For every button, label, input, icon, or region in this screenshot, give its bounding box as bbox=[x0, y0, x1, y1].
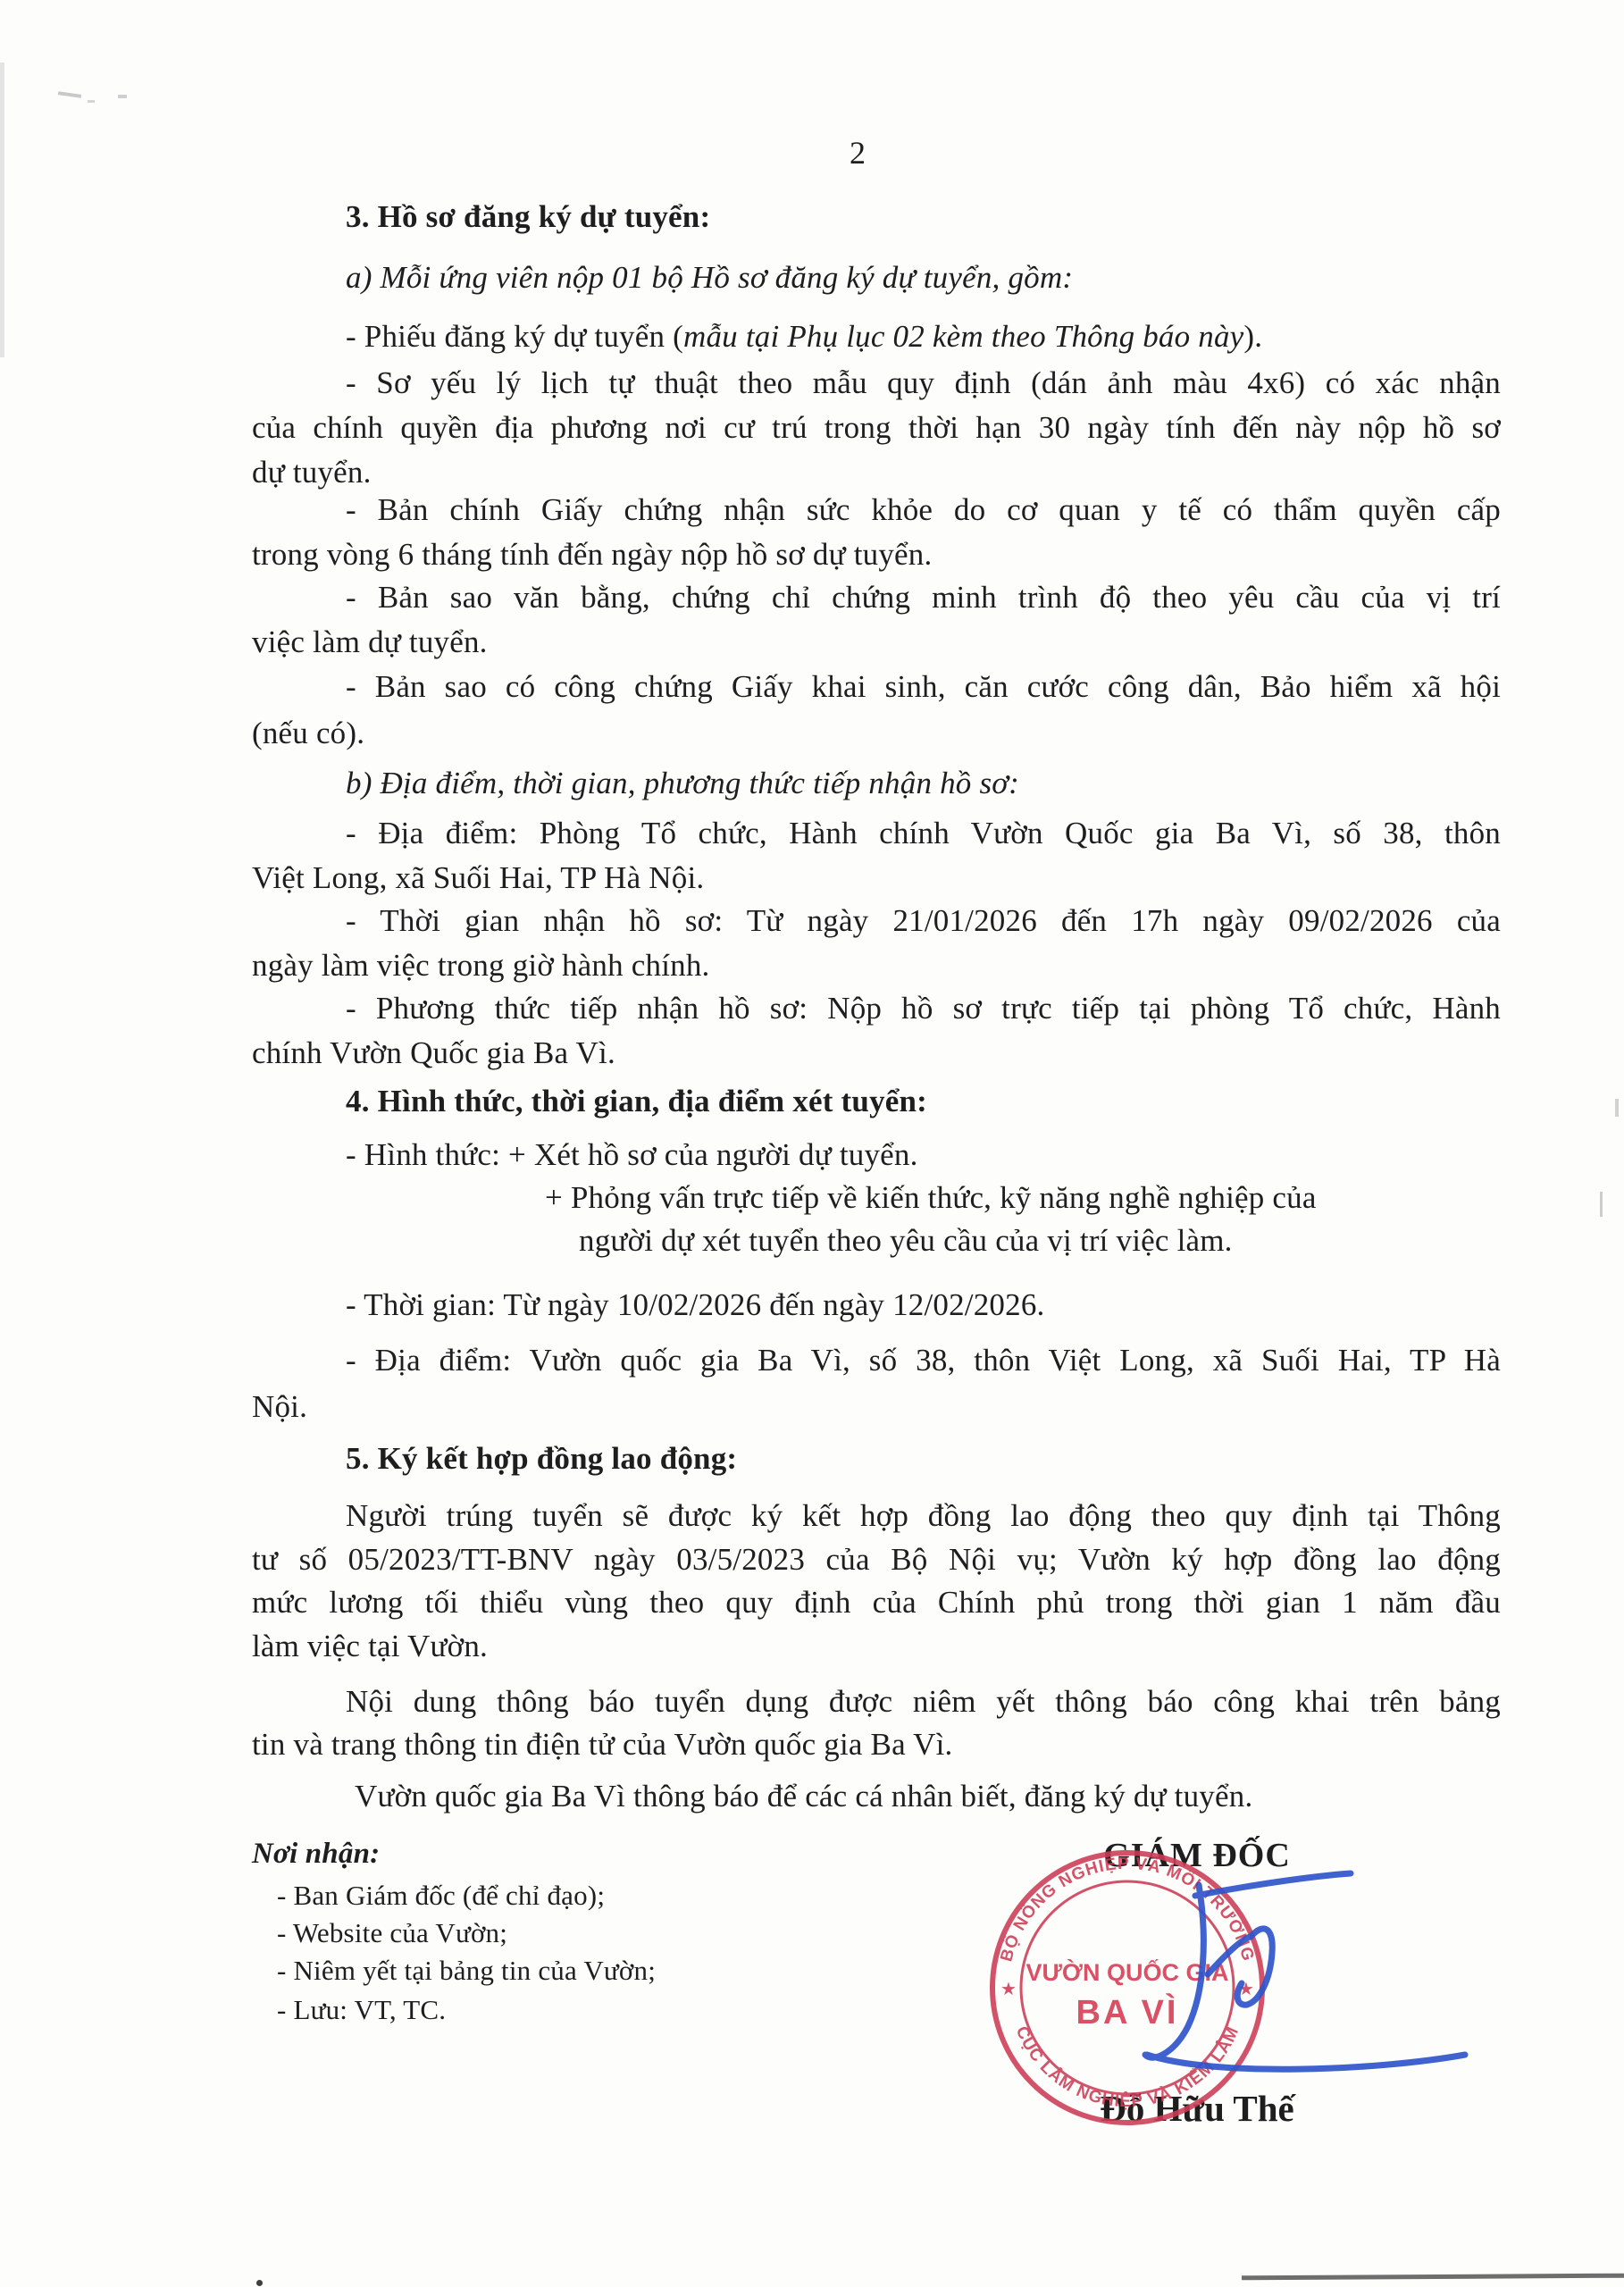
scan-bottom-line bbox=[1242, 2274, 1624, 2281]
scan-speck bbox=[58, 91, 81, 98]
doc-text-segment: - Ban Giám đốc (để chỉ đạo); bbox=[277, 1880, 605, 1911]
doc-line: - Sơ yếu lý lịch tự thuật theo mẫu quy đ… bbox=[346, 364, 1501, 401]
doc-text-segment: chính Vườn Quốc gia Ba Vì. bbox=[252, 1035, 615, 1070]
doc-line: Nơi nhận: bbox=[252, 1837, 380, 1872]
signature-main-stroke bbox=[1145, 1885, 1203, 2057]
doc-text-segment: Nội dung thông báo tuyển dụng được niêm … bbox=[346, 1684, 1501, 1719]
doc-line: - Website của Vườn; bbox=[277, 1917, 507, 1950]
doc-line: - Bản sao văn bằng, chứng chỉ chứng minh… bbox=[346, 579, 1501, 616]
doc-line: Nội. bbox=[252, 1388, 307, 1425]
doc-line: a) Mỗi ứng viên nộp 01 bộ Hồ sơ đăng ký … bbox=[346, 259, 1073, 296]
doc-line: - Lưu: VT, TC. bbox=[277, 1994, 446, 2027]
doc-line: b) Địa điểm, thời gian, phương thức tiếp… bbox=[346, 765, 1019, 801]
doc-text-segment: tin và trang thông tin điện tử của Vườn … bbox=[252, 1727, 953, 1762]
doc-line: 4. Hình thức, thời gian, địa điểm xét tu… bbox=[346, 1083, 927, 1119]
doc-text-segment: mẫu tại Phụ lục 02 kèm theo Thông báo nà… bbox=[683, 319, 1243, 354]
doc-line: - Hình thức: + Xét hồ sơ của người dự tu… bbox=[346, 1136, 918, 1173]
doc-line: tin và trang thông tin điện tử của Vườn … bbox=[252, 1726, 953, 1763]
handwritten-signature bbox=[983, 1831, 1519, 2117]
doc-text-segment: - Thời gian: Từ ngày 10/02/2026 đến ngày… bbox=[346, 1287, 1045, 1322]
doc-line: dự tuyển. bbox=[252, 454, 372, 490]
doc-text-segment: Nội. bbox=[252, 1389, 307, 1424]
doc-text-segment: - Bản sao văn bằng, chứng chỉ chứng minh… bbox=[346, 580, 1501, 615]
doc-line: - Phiếu đăng ký dự tuyển (mẫu tại Phụ lụ… bbox=[346, 318, 1262, 355]
doc-line: người dự xét tuyển theo yêu cầu của vị t… bbox=[579, 1222, 1233, 1259]
doc-text-segment: - Thời gian nhận hồ sơ: Từ ngày 21/01/20… bbox=[346, 903, 1501, 938]
doc-text-segment: + Phỏng vấn trực tiếp về kiến thức, kỹ n… bbox=[545, 1180, 1317, 1215]
scan-speck bbox=[88, 100, 95, 103]
doc-text-segment: - Phương thức tiếp nhận hồ sơ: Nộp hồ sơ… bbox=[346, 991, 1501, 1026]
doc-text-segment: ). bbox=[1243, 319, 1262, 354]
doc-line: - Thời gian: Từ ngày 10/02/2026 đến ngày… bbox=[346, 1286, 1045, 1323]
page-number: 2 bbox=[804, 134, 911, 172]
doc-line: việc làm dự tuyển. bbox=[252, 624, 488, 660]
doc-text-segment: - Bản sao có công chứng Giấy khai sinh, … bbox=[346, 669, 1501, 704]
doc-line: - Địa điểm: Vườn quốc gia Ba Vì, số 38, … bbox=[346, 1342, 1501, 1378]
doc-text-segment: Việt Long, xã Suối Hai, TP Hà Nội. bbox=[252, 860, 704, 895]
doc-line: Vườn quốc gia Ba Vì thông báo để các cá … bbox=[355, 1778, 1252, 1814]
doc-text-segment: - Niêm yết tại bảng tin của Vườn; bbox=[277, 1955, 656, 1986]
doc-text-segment: - Lưu: VT, TC. bbox=[277, 1994, 446, 2025]
signature-underline-stroke bbox=[1147, 2055, 1465, 2069]
doc-line: 3. Hồ sơ đăng ký dự tuyển: bbox=[346, 198, 710, 235]
doc-text-segment: 3. Hồ sơ đăng ký dự tuyển: bbox=[346, 199, 710, 234]
scan-bottom-dot bbox=[256, 2280, 263, 2286]
doc-text-segment: a) Mỗi ứng viên nộp 01 bộ Hồ sơ đăng ký … bbox=[346, 260, 1073, 295]
signature-top-stroke bbox=[1195, 1873, 1351, 1896]
doc-text-segment: - Sơ yếu lý lịch tự thuật theo mẫu quy đ… bbox=[346, 365, 1501, 400]
doc-line: - Thời gian nhận hồ sơ: Từ ngày 21/01/20… bbox=[346, 902, 1501, 939]
scan-edge-tick bbox=[1615, 1099, 1619, 1117]
doc-text-segment: - Bản chính Giấy chứng nhận sức khỏe do … bbox=[346, 492, 1501, 527]
doc-line: Người trúng tuyển sẽ được ký kết hợp đồn… bbox=[346, 1497, 1501, 1534]
doc-line: - Ban Giám đốc (để chỉ đạo); bbox=[277, 1880, 605, 1913]
doc-line: trong vòng 6 tháng tính đến ngày nộp hồ … bbox=[252, 536, 932, 573]
doc-text-segment: Người trúng tuyển sẽ được ký kết hợp đồn… bbox=[346, 1498, 1501, 1533]
signature-loop-stroke bbox=[1208, 1929, 1272, 2005]
doc-line: mức lương tối thiểu vùng theo quy định c… bbox=[252, 1584, 1501, 1621]
doc-text-segment: tư số 05/2023/TT-BNV ngày 03/5/2023 của … bbox=[252, 1542, 1501, 1577]
doc-text-segment: 4. Hình thức, thời gian, địa điểm xét tu… bbox=[346, 1084, 927, 1118]
doc-line: làm việc tại Vườn. bbox=[252, 1628, 488, 1664]
doc-text-segment: b) Địa điểm, thời gian, phương thức tiếp… bbox=[346, 766, 1019, 800]
doc-line: Nội dung thông báo tuyển dụng được niêm … bbox=[346, 1683, 1501, 1720]
scan-speck bbox=[118, 95, 127, 98]
doc-text-segment: ngày làm việc trong giờ hành chính. bbox=[252, 948, 709, 983]
doc-text-segment: (nếu có). bbox=[252, 716, 364, 750]
doc-text-segment: Nơi nhận: bbox=[252, 1838, 380, 1870]
doc-text-segment: - Địa điểm: Vườn quốc gia Ba Vì, số 38, … bbox=[346, 1343, 1501, 1378]
doc-text-segment: 5. Ký kết hợp đồng lao động: bbox=[346, 1441, 737, 1476]
doc-line: + Phỏng vấn trực tiếp về kiến thức, kỹ n… bbox=[545, 1179, 1317, 1216]
doc-text-segment: của chính quyền địa phương nơi cư trú tr… bbox=[252, 410, 1501, 445]
doc-line: 5. Ký kết hợp đồng lao động: bbox=[346, 1440, 737, 1477]
doc-line: - Phương thức tiếp nhận hồ sơ: Nộp hồ sơ… bbox=[346, 990, 1501, 1026]
doc-line: ngày làm việc trong giờ hành chính. bbox=[252, 947, 709, 984]
doc-line: - Bản sao có công chứng Giấy khai sinh, … bbox=[346, 668, 1501, 705]
document-page: 2 3. Hồ sơ đăng ký dự tuyển:a) Mỗi ứng v… bbox=[0, 0, 1624, 2287]
doc-line: (nếu có). bbox=[252, 715, 364, 751]
scan-edge-tick bbox=[1600, 1192, 1603, 1217]
doc-line: - Niêm yết tại bảng tin của Vườn; bbox=[277, 1955, 656, 1988]
doc-line: của chính quyền địa phương nơi cư trú tr… bbox=[252, 409, 1501, 446]
doc-line: Việt Long, xã Suối Hai, TP Hà Nội. bbox=[252, 859, 704, 896]
doc-line: chính Vườn Quốc gia Ba Vì. bbox=[252, 1035, 615, 1071]
doc-text-segment: - Phiếu đăng ký dự tuyển ( bbox=[346, 319, 683, 354]
doc-text-segment: làm việc tại Vườn. bbox=[252, 1629, 488, 1663]
scan-edge-streak bbox=[0, 63, 4, 357]
doc-text-segment: trong vòng 6 tháng tính đến ngày nộp hồ … bbox=[252, 537, 932, 572]
doc-text-segment: người dự xét tuyển theo yêu cầu của vị t… bbox=[579, 1223, 1233, 1258]
doc-text-segment: mức lương tối thiểu vùng theo quy định c… bbox=[252, 1585, 1501, 1620]
doc-text-segment: - Hình thức: + Xét hồ sơ của người dự tu… bbox=[346, 1137, 918, 1172]
doc-text-segment: việc làm dự tuyển. bbox=[252, 624, 488, 659]
doc-line: - Bản chính Giấy chứng nhận sức khỏe do … bbox=[346, 491, 1501, 528]
doc-line: tư số 05/2023/TT-BNV ngày 03/5/2023 của … bbox=[252, 1541, 1501, 1578]
doc-text-segment: dự tuyển. bbox=[252, 455, 372, 490]
doc-text-segment: - Website của Vườn; bbox=[277, 1917, 507, 1948]
doc-line: - Địa điểm: Phòng Tổ chức, Hành chính Vư… bbox=[346, 815, 1501, 851]
doc-text-segment: - Địa điểm: Phòng Tổ chức, Hành chính Vư… bbox=[346, 816, 1501, 850]
doc-text-segment: Vườn quốc gia Ba Vì thông báo để các cá … bbox=[355, 1779, 1252, 1814]
